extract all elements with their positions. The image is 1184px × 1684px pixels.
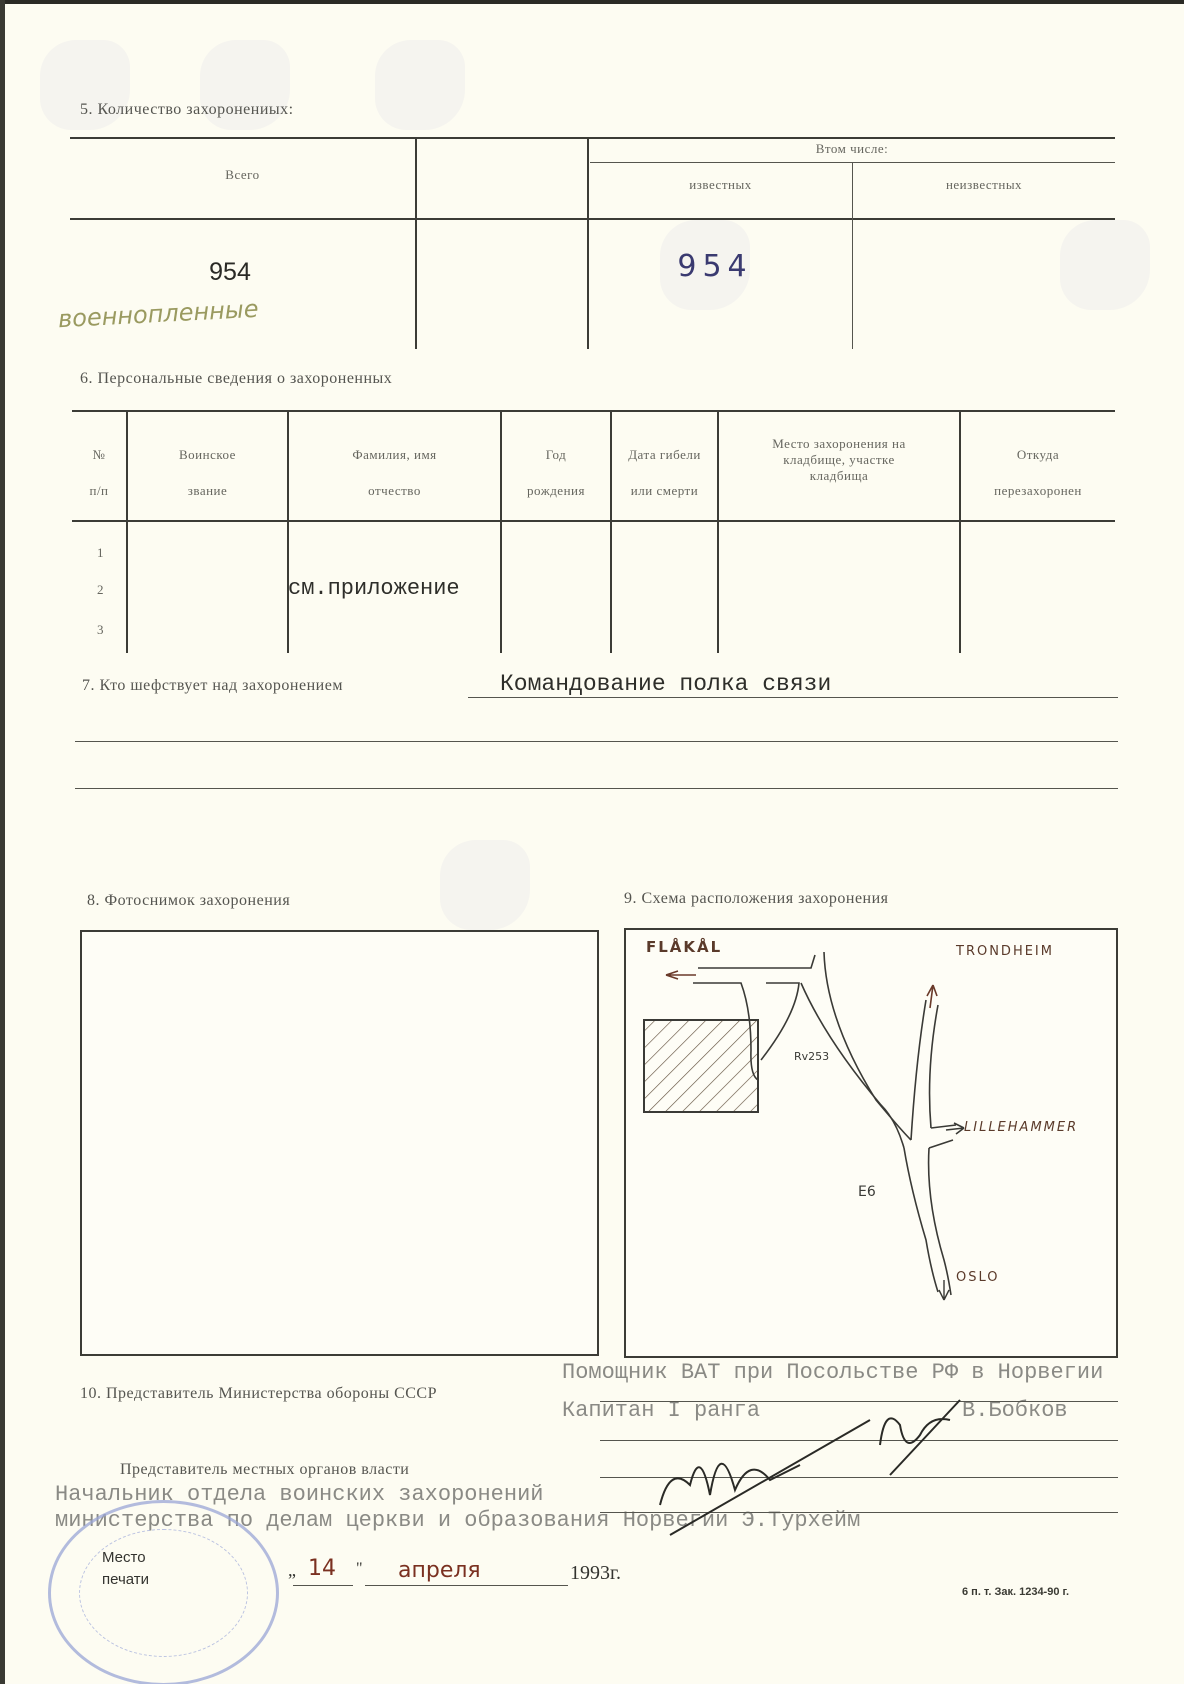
watermark bbox=[375, 40, 465, 130]
seal-label: Место печати bbox=[102, 1547, 149, 1591]
date-year: 1993г. bbox=[570, 1562, 621, 1585]
date-day-underline bbox=[293, 1585, 353, 1586]
table5-divider bbox=[587, 137, 589, 349]
table5-header-bottom-border bbox=[70, 218, 1115, 220]
watermark bbox=[1060, 220, 1150, 310]
header-in-number: Втом числе: bbox=[589, 141, 1115, 157]
date-quote-close: " bbox=[356, 1560, 363, 1578]
blank-line bbox=[75, 788, 1118, 789]
col-fullname: Фамилия, имя отчество bbox=[289, 437, 500, 509]
col-burial-place-line3: кладбища bbox=[719, 468, 959, 484]
row-number: 1 bbox=[97, 545, 104, 561]
table5-divider bbox=[415, 137, 417, 349]
row-number: 2 bbox=[97, 582, 104, 598]
map-label-trondheim: TRONDHEIM bbox=[956, 944, 1054, 959]
mod-rep-position: Помощник ВАТ при Посольстве РФ в Норвеги… bbox=[562, 1360, 1103, 1385]
table5-top-border bbox=[70, 137, 1115, 139]
header-total: Всего bbox=[70, 167, 415, 183]
col-rank-line2: звание bbox=[128, 473, 287, 509]
col-number: № п/п bbox=[72, 437, 126, 509]
row-number: 3 bbox=[97, 622, 104, 638]
map-label-oslo: OSLO bbox=[956, 1270, 1000, 1285]
section10-local-label: Представитель местных органов власти bbox=[120, 1461, 409, 1479]
location-map: FLÅKÅL TRONDHEIM Rv253 LILLEHAMMER E6 OS… bbox=[624, 928, 1118, 1358]
col-rank-line1: Воинское bbox=[128, 437, 287, 473]
photo-placeholder bbox=[80, 930, 599, 1356]
section10-mod-label: 10. Представитель Министерства обороны С… bbox=[80, 1385, 437, 1403]
section9-title: 9. Схема расположения захоронения bbox=[624, 890, 889, 908]
col-death-date: Дата гибели или смерти bbox=[612, 437, 717, 509]
known-value: 954 bbox=[600, 249, 830, 284]
col-death-date-line1: Дата гибели bbox=[612, 437, 717, 473]
header-known: известных bbox=[589, 177, 852, 193]
col-number-line2: п/п bbox=[72, 473, 126, 509]
patron-underline bbox=[468, 697, 1118, 698]
col-fullname-line1: Фамилия, имя bbox=[289, 437, 500, 473]
col-reburied-from: Откуда перезахоронен bbox=[961, 437, 1115, 509]
date-month-underline bbox=[365, 1585, 568, 1586]
blank-line bbox=[75, 741, 1118, 742]
map-label-rv253: Rv253 bbox=[794, 1050, 829, 1063]
seal-label-line1: Место bbox=[102, 1547, 149, 1569]
map-label-flakal: FLÅKÅL bbox=[646, 938, 722, 956]
section7-label: 7. Кто шефствует над захоронением bbox=[82, 677, 343, 695]
name-cell-reference: см.приложение bbox=[288, 576, 460, 601]
col-fullname-line2: отчество bbox=[289, 473, 500, 509]
section5-title: 5. Количество захоронениых: bbox=[80, 101, 294, 119]
header-unknown: неизвестных bbox=[853, 177, 1115, 193]
section8-title: 8. Фотоснимок захоронения bbox=[87, 892, 290, 910]
col-reburied-from-line2: перезахоронен bbox=[961, 473, 1115, 509]
official-seal bbox=[48, 1500, 279, 1684]
col-birth-year: Год рождения bbox=[502, 437, 610, 509]
col-burial-place-line1: Место захоронения на bbox=[719, 436, 959, 452]
total-value: 954 bbox=[70, 258, 390, 287]
col-reburied-from-line1: Откуда bbox=[961, 437, 1115, 473]
date-quote-open: „ bbox=[288, 1560, 296, 1581]
col-birth-year-line1: Год bbox=[502, 437, 610, 473]
col-number-line1: № bbox=[72, 437, 126, 473]
watermark bbox=[440, 840, 530, 930]
page-top-edge bbox=[0, 0, 1184, 4]
date-day: 14 bbox=[308, 1556, 336, 1581]
col-rank: Воинское звание bbox=[128, 437, 287, 509]
map-label-lillehammer: LILLEHAMMER bbox=[964, 1120, 1078, 1135]
col-burial-place: Место захоронения на кладбище, участке к… bbox=[719, 436, 959, 484]
date-month: апреля bbox=[398, 1558, 481, 1583]
seal-label-line2: печати bbox=[102, 1569, 149, 1591]
col-burial-place-line2: кладбище, участке bbox=[719, 452, 959, 468]
col-birth-year-line2: рождения bbox=[502, 473, 610, 509]
map-label-e6: E6 bbox=[858, 1184, 876, 1200]
total-note-handwritten: военнопленные bbox=[57, 295, 259, 333]
section6-title: 6. Персональные сведения о захороненных bbox=[80, 370, 392, 388]
patron-value: Командование полка связи bbox=[500, 671, 831, 697]
col-death-date-line2: или смерти bbox=[612, 473, 717, 509]
page-left-edge bbox=[0, 0, 5, 1684]
signatures bbox=[650, 1385, 970, 1545]
print-code: 6 п. т. Зак. 1234-90 г. bbox=[962, 1586, 1069, 1598]
map-sketch bbox=[626, 930, 1116, 1356]
